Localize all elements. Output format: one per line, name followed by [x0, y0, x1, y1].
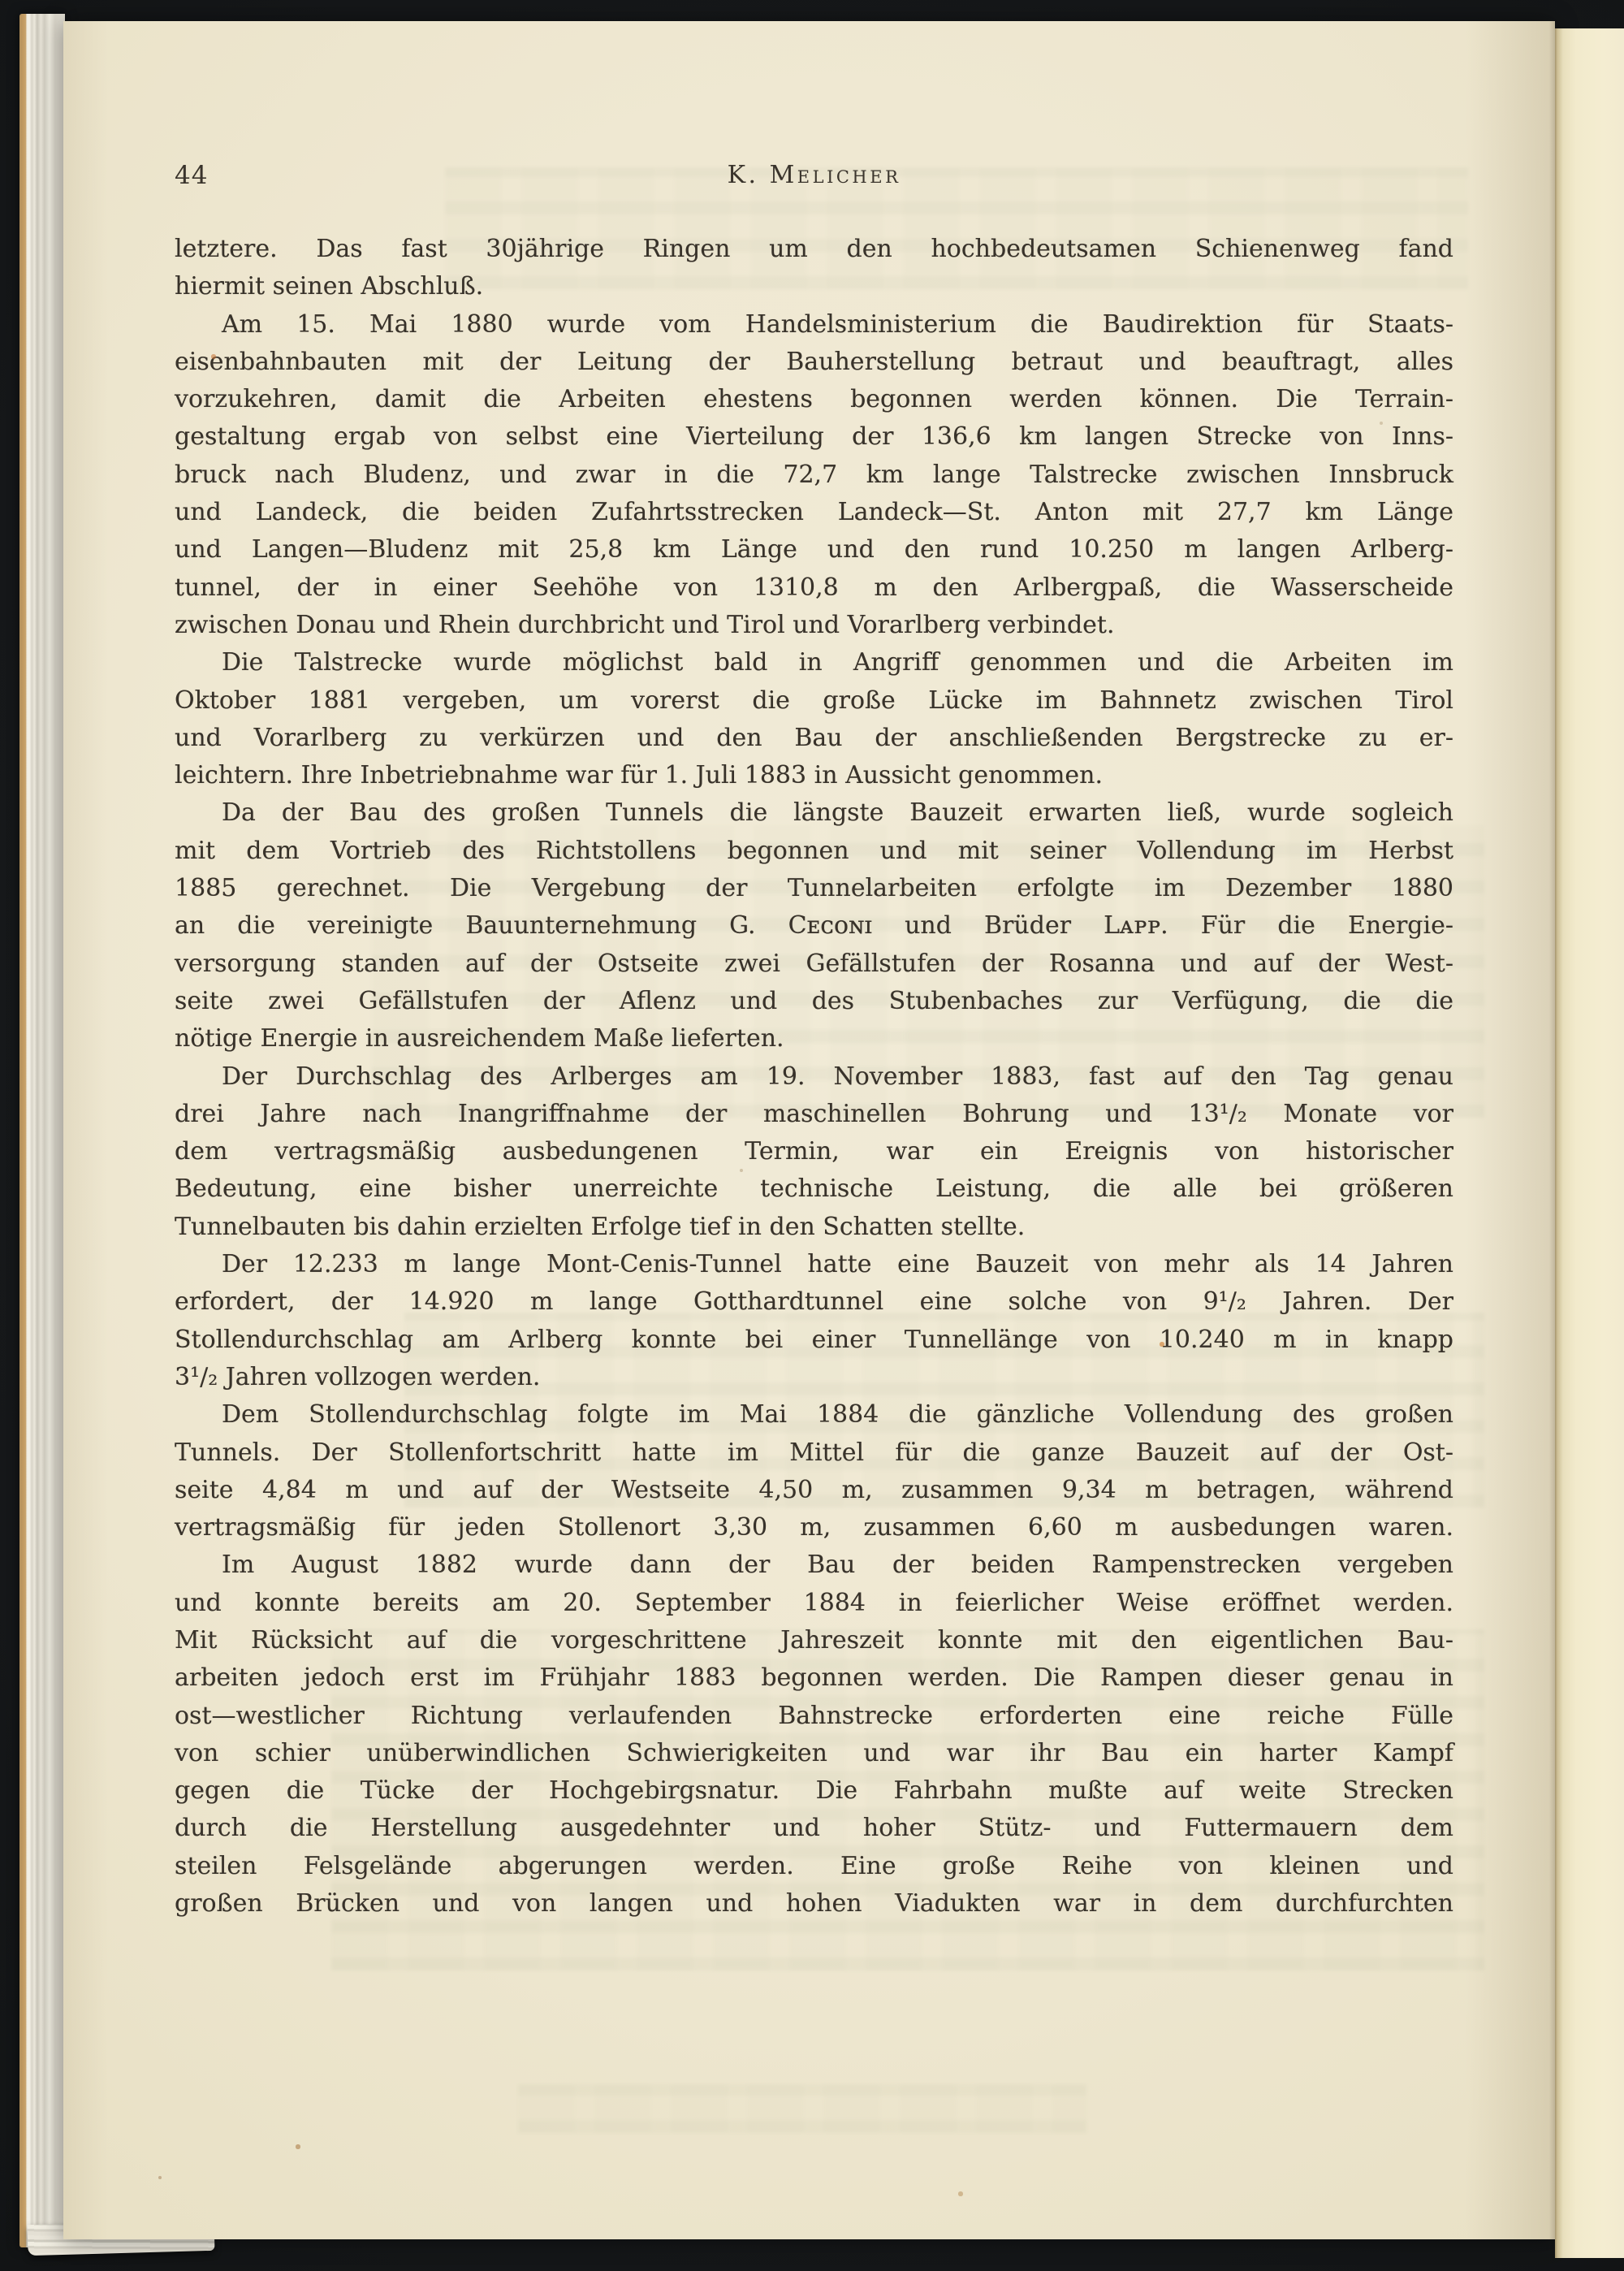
- text-line: Dem Stollendurchschlag folgte im Mai 188…: [175, 1396, 1453, 1434]
- text-line: Der Durchschlag des Arlberges am 19. Nov…: [175, 1058, 1453, 1096]
- text-line: steilen Felsgelände abgerungen werden. E…: [175, 1848, 1453, 1885]
- text-line: Tunnels. Der Stollenfortschritt hatte im…: [175, 1434, 1453, 1472]
- text-line: dem vertragsmäßig ausbedungenen Termin, …: [175, 1133, 1453, 1170]
- text-line: letztere. Das fast 30jährige Ringen um d…: [175, 231, 1453, 268]
- text-line: und konnte bereits am 20. September 1884…: [175, 1585, 1453, 1622]
- text-line: erfordert, der 14.920 m lange Gotthardtu…: [175, 1283, 1453, 1321]
- text-line: zwischen Donau und Rhein durchbricht und…: [175, 607, 1453, 644]
- text-line: an die vereinigte Bauunternehmung G. Cᴇᴄ…: [175, 907, 1453, 945]
- page-stack-edge: [19, 14, 65, 2247]
- text-line: eisenbahnbauten mit der Leitung der Bauh…: [175, 344, 1453, 381]
- paragraph: Da der Bau des großen Tunnels die längst…: [175, 794, 1453, 1058]
- text-line: durch die Herstellung ausgedehnter und h…: [175, 1810, 1453, 1847]
- paragraph: Am 15. Mai 1880 wurde vom Handelsministe…: [175, 306, 1453, 645]
- text-line: seite zwei Gefällstufen der Aflenz und d…: [175, 983, 1453, 1020]
- page-header: 44 K. Melicher: [175, 161, 1453, 197]
- text-line: Im August 1882 wurde dann der Bau der be…: [175, 1546, 1453, 1584]
- text-line: Tunnelbauten bis dahin erzielten Erfolge…: [175, 1209, 1453, 1246]
- text-line: vertragsmäßig für jeden Stollenort 3,30 …: [175, 1509, 1453, 1546]
- paragraph: Im August 1882 wurde dann der Bau der be…: [175, 1546, 1453, 1923]
- text-line: 1885 gerechnet. Die Vergebung der Tunnel…: [175, 870, 1453, 907]
- text-line: gegen die Tücke der Hochgebirgsnatur. Di…: [175, 1772, 1453, 1810]
- facing-page-edge: [1555, 28, 1624, 2258]
- text-line: leichtern. Ihre Inbetriebnahme war für 1…: [175, 757, 1453, 794]
- text-line: und Landeck, die beiden Zufahrtsstrecken…: [175, 494, 1453, 531]
- text-line: Bedeutung, eine bisher unerreichte techn…: [175, 1170, 1453, 1208]
- book-page: 44 K. Melicher letztere. Das fast 30jähr…: [63, 21, 1555, 2239]
- scanned-book-photo: { "colors": { "background": "#151719", "…: [0, 0, 1624, 2271]
- paragraph: Der Durchschlag des Arlberges am 19. Nov…: [175, 1058, 1453, 1246]
- text-line: tunnel, der in einer Seehöhe von 1310,8 …: [175, 569, 1453, 607]
- paragraph: letztere. Das fast 30jährige Ringen um d…: [175, 231, 1453, 306]
- text-line: Stollendurchschlag am Arlberg konnte bei…: [175, 1322, 1453, 1359]
- text-line: und Vorarlberg zu verkürzen und den Bau …: [175, 720, 1453, 757]
- text-line: Am 15. Mai 1880 wurde vom Handelsministe…: [175, 306, 1453, 344]
- text-line: von schier unüberwindlichen Schwierigkei…: [175, 1735, 1453, 1772]
- text-line: Die Talstrecke wurde möglichst bald in A…: [175, 644, 1453, 681]
- text-line: Da der Bau des großen Tunnels die längst…: [175, 794, 1453, 832]
- text-line: und Langen—Bludenz mit 25,8 km Länge und…: [175, 531, 1453, 569]
- text-line: Oktober 1881 vergeben, um vorerst die gr…: [175, 682, 1453, 720]
- text-line: vorzukehren, damit die Arbeiten ehestens…: [175, 381, 1453, 418]
- text-line: ost—westlicher Richtung verlaufenden Bah…: [175, 1698, 1453, 1735]
- text-line: seite 4,84 m und auf der Westseite 4,50 …: [175, 1472, 1453, 1509]
- text-block: letztere. Das fast 30jährige Ringen um d…: [175, 231, 1453, 1923]
- text-line: großen Brücken und von langen und hohen …: [175, 1885, 1453, 1923]
- text-line: 3¹/₂ Jahren vollzogen werden.: [175, 1359, 1453, 1396]
- paragraph: Dem Stollendurchschlag folgte im Mai 188…: [175, 1396, 1453, 1546]
- text-line: bruck nach Bludenz, und zwar in die 72,7…: [175, 456, 1453, 494]
- text-line: arbeiten jedoch erst im Frühjahr 1883 be…: [175, 1659, 1453, 1697]
- text-line: Der 12.233 m lange Mont-Cenis-Tunnel hat…: [175, 1246, 1453, 1283]
- verso-showthrough: [518, 2084, 1086, 2133]
- text-line: Mit Rücksicht auf die vorgeschrittene Ja…: [175, 1622, 1453, 1659]
- running-head: K. Melicher: [175, 161, 1453, 189]
- paper-speckles: [0, 0, 2, 2]
- text-line: mit dem Vortrieb des Richtstollens begon…: [175, 833, 1453, 870]
- paragraph: Die Talstrecke wurde möglichst bald in A…: [175, 644, 1453, 794]
- text-line: hiermit seinen Abschluß.: [175, 268, 1453, 305]
- text-line: gestaltung ergab von selbst eine Viertei…: [175, 418, 1453, 456]
- text-line: versorgung standen auf der Ostseite zwei…: [175, 945, 1453, 983]
- text-line: drei Jahre nach Inangriffnahme der masch…: [175, 1096, 1453, 1133]
- paragraph: Der 12.233 m lange Mont-Cenis-Tunnel hat…: [175, 1246, 1453, 1396]
- text-line: nötige Energie in ausreichendem Maße lie…: [175, 1020, 1453, 1058]
